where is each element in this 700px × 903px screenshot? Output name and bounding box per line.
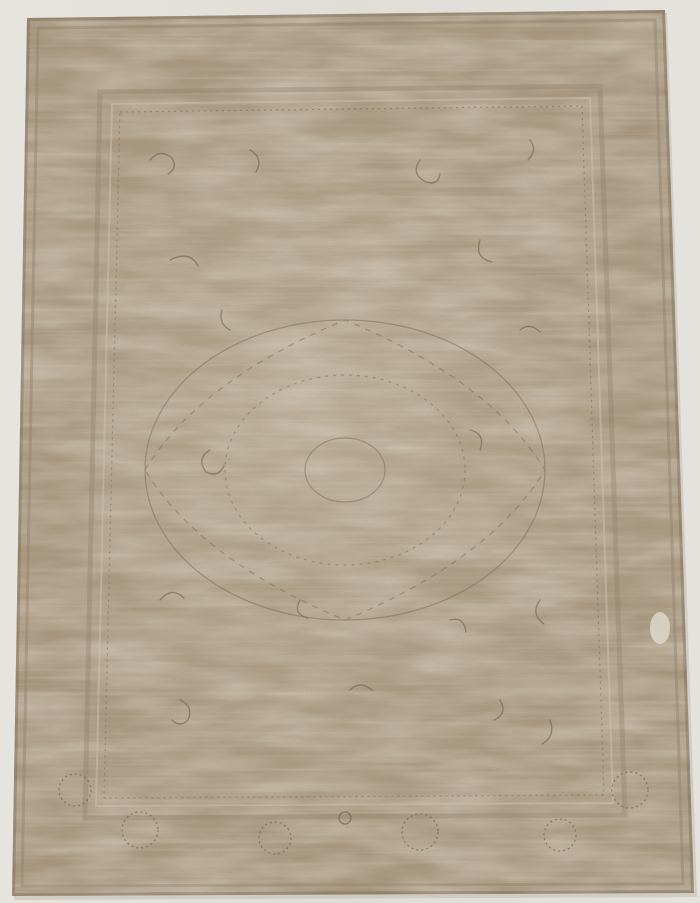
photo-scene: Vintage overdyed Persian-style rug, fade… (0, 0, 700, 903)
worn-spot (650, 612, 670, 644)
rug-photo (0, 0, 700, 903)
rug (0, 0, 700, 903)
